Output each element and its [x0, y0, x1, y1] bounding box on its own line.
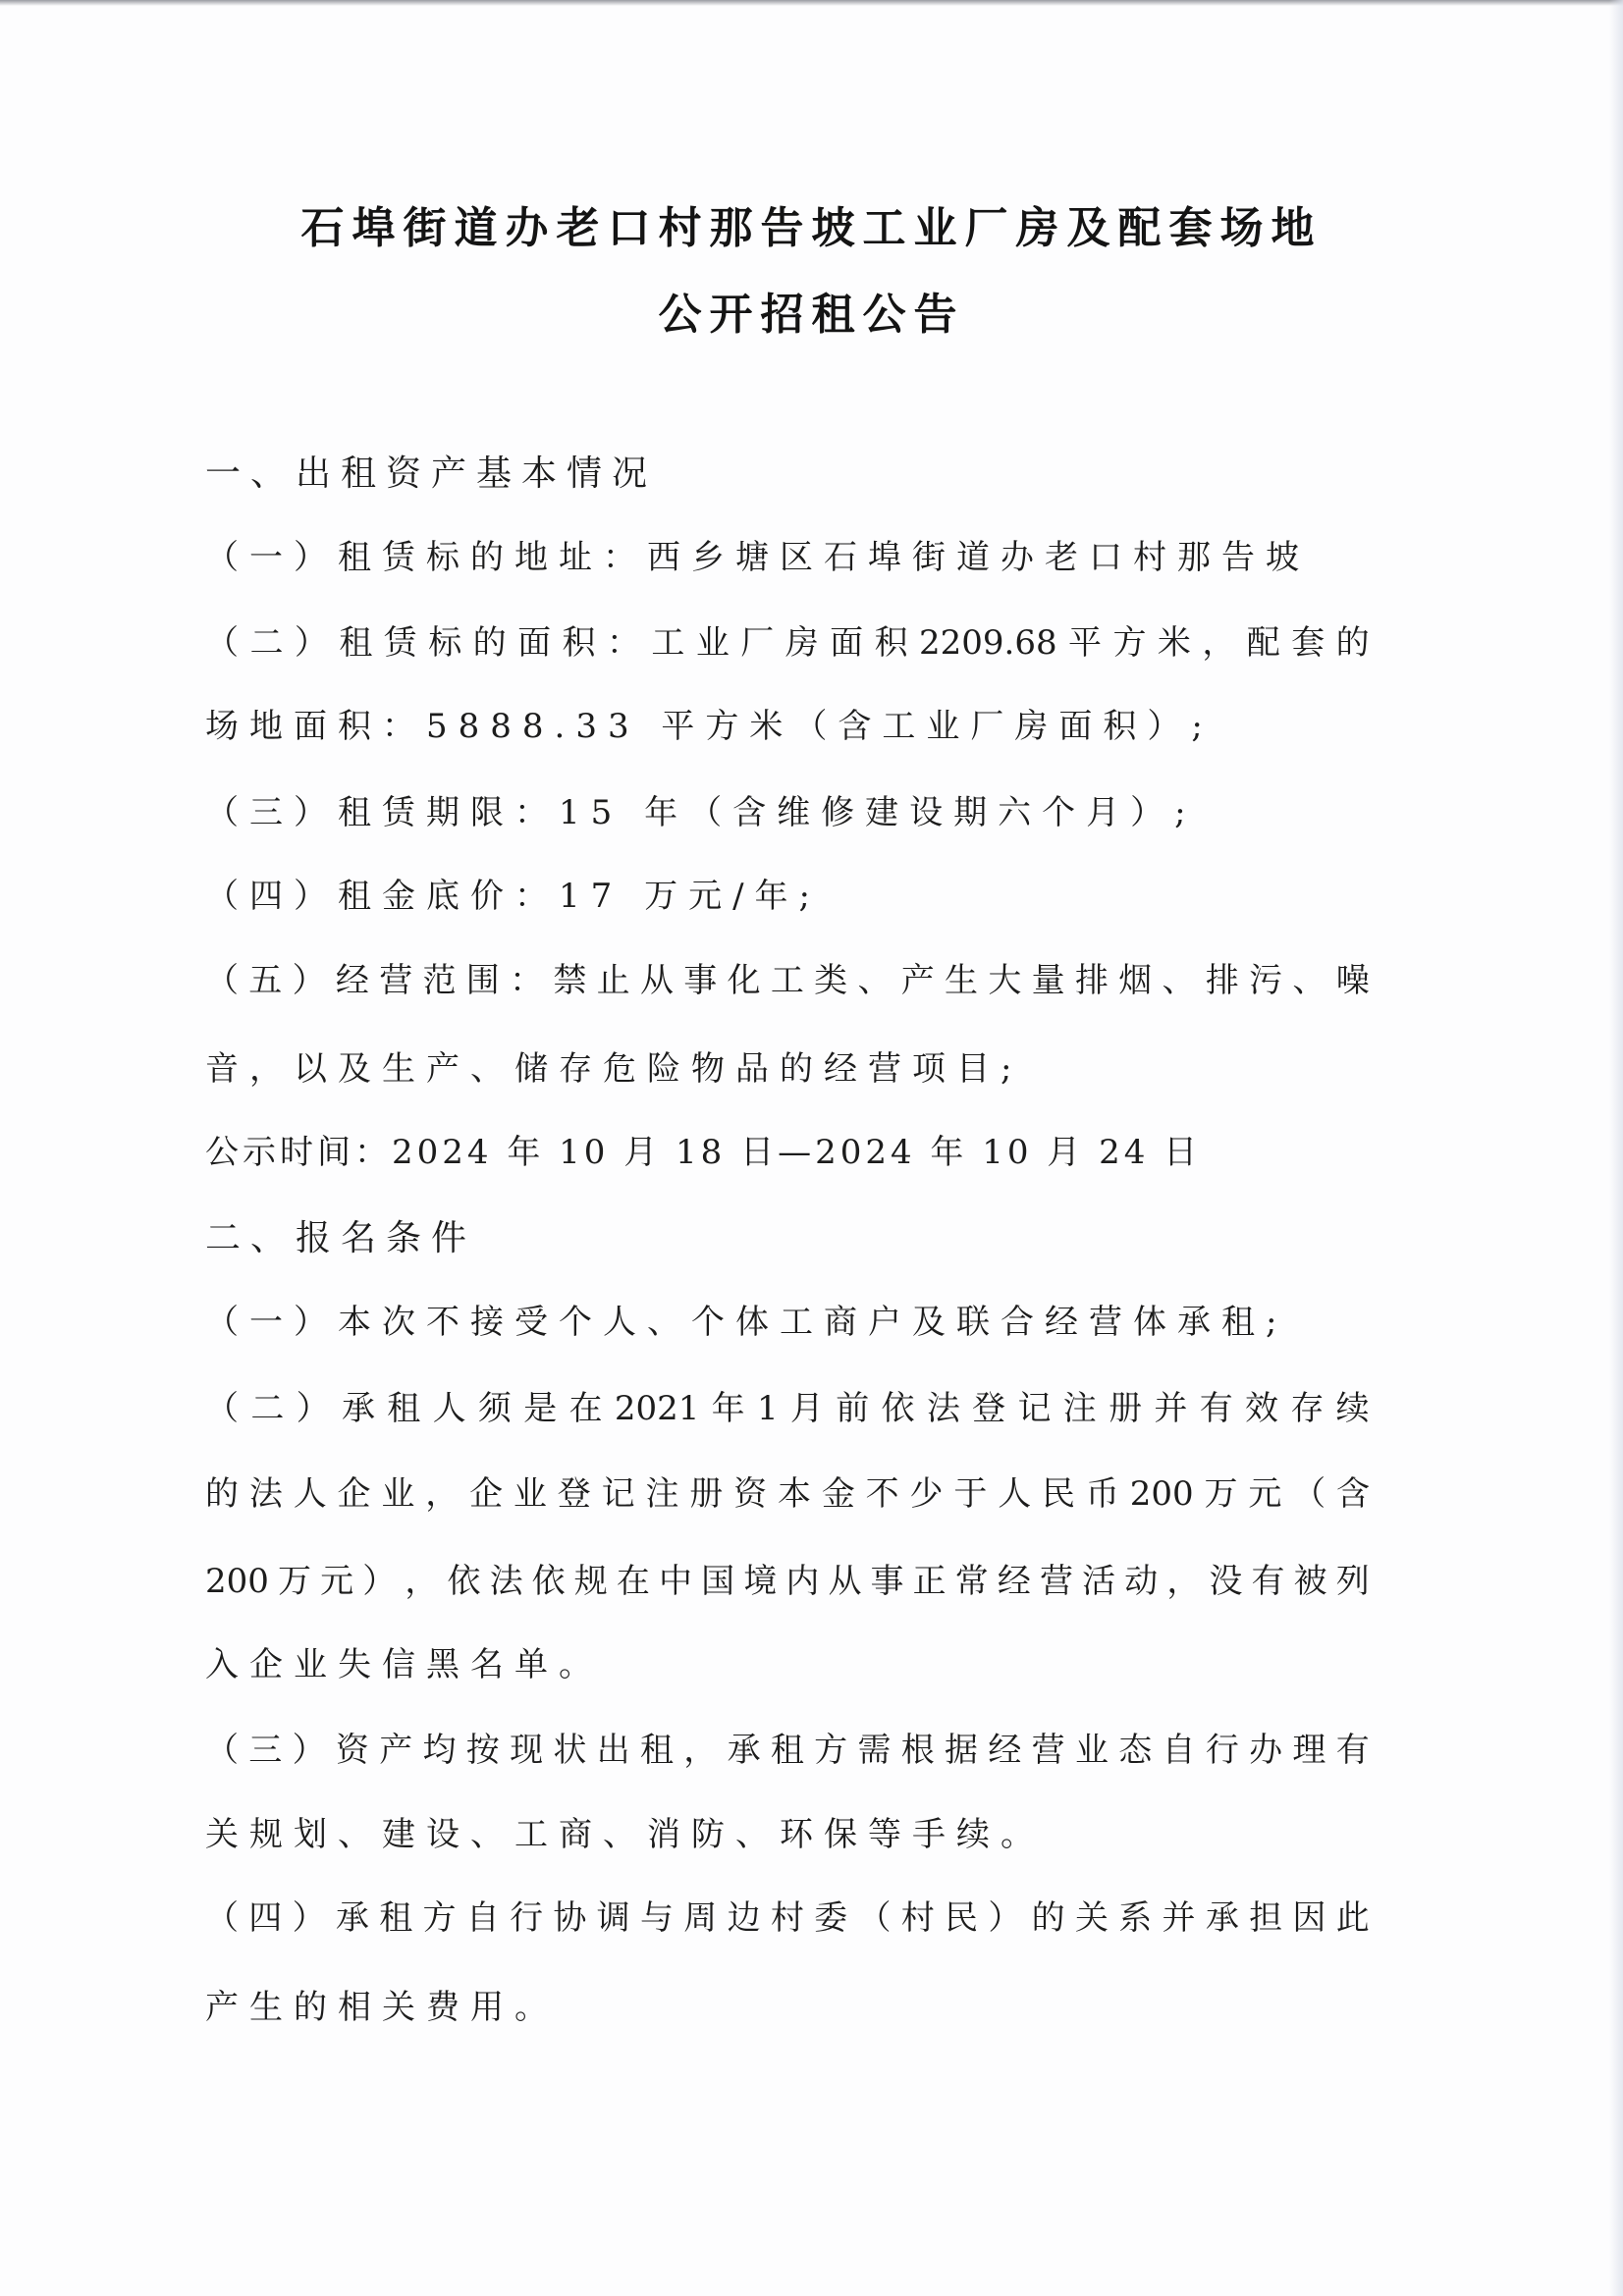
- paragraph-line: （四）租金底价：17 万元/年;: [205, 877, 1370, 916]
- section-heading-basic-info: 一、出租资产基本情况: [205, 454, 1370, 494]
- scan-shadow-top: [0, 0, 1623, 6]
- paragraph-line: （三）资产均按现状出租，承租方需根据经营业态自行办理有: [205, 1731, 1370, 1770]
- paragraph-line: （二）承租人须是在2021年1月前依法登记注册并有效存续: [205, 1389, 1370, 1428]
- paragraph-line: （三）租赁期限：15 年（含维修建设期六个月）;: [205, 793, 1370, 832]
- notice-period-line: 公示时间：2024 年 10 月 18 日—2024 年 10 月 24 日: [205, 1133, 1370, 1172]
- document-title-line-1: 石埠街道办老口村那告坡工业厂房及配套场地: [0, 192, 1623, 255]
- paragraph-line: （一）租赁标的地址：西乡塘区石埠街道办老口村那告坡: [205, 538, 1370, 577]
- paragraph-line: 产生的相关费用。: [205, 1988, 1370, 2027]
- paragraph-line: （四）承租方自行协调与周边村委（村民）的关系并承担因此: [205, 1898, 1370, 1938]
- paragraph-line: （二）租赁标的面积：工业厂房面积2209.68平方米，配套的: [205, 623, 1370, 663]
- paragraph-line: 关规划、建设、工商、消防、环保等手续。: [205, 1815, 1370, 1854]
- document-title-line-2: 公开招租公告: [0, 279, 1623, 342]
- paragraph-line: 场地面积：5888.33 平方米（含工业厂房面积）;: [205, 707, 1370, 746]
- paragraph-line: （五）经营范围：禁止从事化工类、产生大量排烟、排污、噪: [205, 961, 1370, 1000]
- paragraph-line: 200万元），依法依规在中国境内从事正常经营活动，没有被列: [205, 1562, 1370, 1601]
- paragraph-line: 音，以及生产、储存危险物品的经营项目;: [205, 1049, 1370, 1089]
- scan-shadow-right: [1609, 0, 1623, 2296]
- section-heading-eligibility: 二、报名条件: [205, 1219, 1370, 1258]
- paragraph-line: 入企业失信黑名单。: [205, 1645, 1370, 1684]
- paragraph-line: （一）本次不接受个人、个体工商户及联合经营体承租;: [205, 1303, 1370, 1342]
- paragraph-line: 的法人企业，企业登记注册资本金不少于人民币200万元（含: [205, 1474, 1370, 1514]
